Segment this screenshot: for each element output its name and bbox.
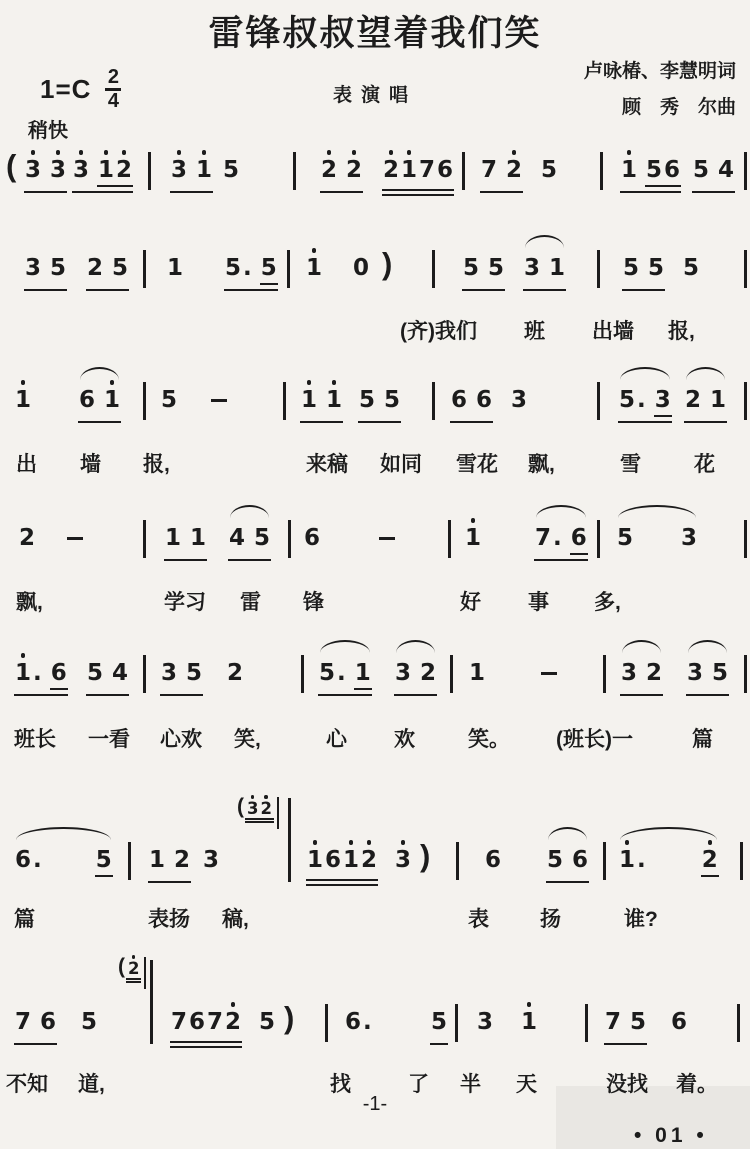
note: 4 xyxy=(111,653,129,690)
note-char: 5 xyxy=(431,1002,447,1035)
note-char: 6 xyxy=(572,840,588,873)
note-char: 6 xyxy=(345,1002,361,1035)
digit: . xyxy=(637,387,646,413)
digit: 5 xyxy=(87,660,103,686)
notes-row: 5 xyxy=(258,1002,276,1045)
note-group: 5 xyxy=(430,988,448,1045)
dash-note xyxy=(379,537,395,541)
notes-row: 7672 xyxy=(170,1002,242,1048)
octave-dot xyxy=(687,518,692,523)
octave-dot xyxy=(307,380,312,385)
octave-dot xyxy=(389,150,394,155)
slur-arc xyxy=(688,640,727,653)
barline xyxy=(293,152,296,190)
digit: 6 xyxy=(476,387,492,413)
octave-dot xyxy=(482,380,487,385)
digit: 1 xyxy=(301,387,317,413)
octave-dot xyxy=(251,795,255,799)
digit: 4 xyxy=(718,157,734,183)
notes-row: 76 xyxy=(14,1002,57,1045)
digit: 1 xyxy=(621,157,637,183)
note-char: 5 xyxy=(683,248,699,281)
octave-dot xyxy=(401,840,406,845)
barline xyxy=(456,842,459,880)
note-char: 2 xyxy=(321,150,337,183)
digit: 1 xyxy=(190,525,206,551)
notes-row: 31 xyxy=(523,248,566,291)
note: 5 xyxy=(258,1002,276,1039)
note-group: 3 xyxy=(476,988,494,1045)
note-char: 2 xyxy=(87,248,103,281)
grace-open-paren: ( xyxy=(118,955,125,979)
note-char xyxy=(67,518,83,550)
lyric-syllable: 事 xyxy=(528,586,549,616)
octave-dot xyxy=(85,380,90,385)
note-char: 5 xyxy=(259,1002,275,1035)
digit: . xyxy=(363,1009,372,1035)
notes-row: 5 xyxy=(682,248,700,291)
note-char: . xyxy=(637,840,646,873)
digit: 5 xyxy=(112,255,128,281)
corner-mark: • 01 • xyxy=(634,1124,708,1148)
digit: 6 xyxy=(79,387,95,413)
note-group: 31 xyxy=(170,136,213,193)
octave-dot xyxy=(313,840,318,845)
digit: 5 xyxy=(648,255,664,281)
octave-dot xyxy=(636,1002,641,1007)
note-char: 6 xyxy=(189,1002,205,1035)
octave-dot xyxy=(57,653,62,658)
lyric-syllable: 欢 xyxy=(394,723,415,753)
note-char: 1 xyxy=(167,248,183,281)
slur-arc xyxy=(620,827,717,840)
lyric-syllable: 篇 xyxy=(14,903,35,933)
notes-row: 6 xyxy=(670,1002,688,1045)
note-group: 6. xyxy=(344,988,373,1045)
octave-dot xyxy=(699,150,704,155)
note: 1 xyxy=(300,380,318,417)
notes-row: 5 xyxy=(430,1002,448,1045)
note-char: . xyxy=(243,248,252,281)
digit: 1 xyxy=(149,847,165,873)
digit: 5 xyxy=(623,255,639,281)
octave-dot xyxy=(494,248,499,253)
note-group: 75 xyxy=(604,988,647,1045)
note: 3 xyxy=(24,248,42,285)
note-group: 156 xyxy=(620,136,681,193)
note-group: 2 xyxy=(226,639,244,696)
note-group: 33 xyxy=(24,136,67,193)
note-char: 7 xyxy=(605,1002,621,1035)
barline xyxy=(603,842,606,880)
octave-dot xyxy=(260,518,265,523)
notes-row: 32 xyxy=(620,653,663,696)
octave-dot xyxy=(339,653,344,658)
note-group: 2 xyxy=(18,504,36,561)
octave-dot xyxy=(652,150,657,155)
digit: 3 xyxy=(511,387,527,413)
octave-dot xyxy=(195,1002,200,1007)
slur-arc xyxy=(396,640,435,653)
digit: 6 xyxy=(664,157,680,183)
digit: 5 xyxy=(693,157,709,183)
digit: 6 xyxy=(451,387,467,413)
note-char: 1 xyxy=(710,380,726,413)
note: 2 xyxy=(645,653,663,690)
digit: 3 xyxy=(171,157,187,183)
note: 5 xyxy=(647,248,665,285)
notes-row: 35 xyxy=(686,653,729,696)
note-group: 1 xyxy=(305,234,323,291)
note-group: 5 xyxy=(540,136,558,193)
octave-dot xyxy=(325,653,330,658)
digit: 3 xyxy=(655,387,671,413)
digit: 1 xyxy=(469,660,485,686)
digit: 5 xyxy=(96,847,112,873)
notes-row: 54 xyxy=(692,150,735,193)
note: 1 xyxy=(468,653,486,690)
note: 6 xyxy=(670,1002,688,1039)
digit: 6 xyxy=(51,660,67,686)
note-char-grace: 2 xyxy=(128,955,139,977)
grace-open-paren: ( xyxy=(237,795,244,819)
octave-dot xyxy=(327,150,332,155)
note-char: 5 xyxy=(254,518,270,551)
note-char: 6 xyxy=(51,653,67,686)
note-char: 3 xyxy=(477,1002,493,1035)
note: 5 xyxy=(260,248,278,285)
octave-dot xyxy=(693,653,698,658)
notes-row: 2176 xyxy=(382,150,454,196)
slur-arc xyxy=(618,505,696,518)
note: 5 xyxy=(622,248,640,285)
octave-dot xyxy=(217,380,222,385)
notes-row xyxy=(66,518,84,560)
note-char: 5 xyxy=(359,380,375,413)
note: 1. xyxy=(14,653,43,690)
digit: 7 xyxy=(481,157,497,183)
lyric-syllable: 来稿 xyxy=(306,448,348,478)
note-char: 5 xyxy=(81,1002,97,1035)
digit: 5 xyxy=(617,525,633,551)
note-char: 1 xyxy=(165,518,181,551)
notes-row: 12 xyxy=(148,840,191,883)
note: 2 xyxy=(226,653,244,690)
digit: 2 xyxy=(383,157,399,183)
digit: 5 xyxy=(619,387,635,413)
note: 5. xyxy=(618,380,647,417)
octave-dot xyxy=(365,380,370,385)
notes-row: 22 xyxy=(320,150,363,193)
note: 2 xyxy=(505,150,523,187)
digit: 6 xyxy=(345,1009,361,1035)
note: 6 xyxy=(450,380,468,417)
digit: 2 xyxy=(420,660,436,686)
digit: 2 xyxy=(321,157,337,183)
digit: 7 xyxy=(171,1009,187,1035)
digit: 4 xyxy=(112,660,128,686)
slur-arc xyxy=(686,367,725,380)
digit: 3 xyxy=(477,1009,493,1035)
note: 5 xyxy=(160,380,178,417)
note: 1 xyxy=(325,380,343,417)
note-char: 5 xyxy=(541,150,557,183)
notes-row: 45 xyxy=(228,518,271,561)
octave-dot xyxy=(390,380,395,385)
barline xyxy=(597,250,600,288)
note-group: 1 xyxy=(468,639,486,696)
barline xyxy=(448,520,451,558)
note-char: 5 xyxy=(225,248,241,281)
lyric-syllable: 谁? xyxy=(624,903,658,933)
note-char: 1 xyxy=(343,840,359,873)
note: 5 xyxy=(616,518,634,555)
note-group xyxy=(378,504,396,560)
lyric-syllable: 飘, xyxy=(528,448,555,478)
barline xyxy=(450,655,453,693)
octave-dot xyxy=(310,518,315,523)
digit: 3 xyxy=(203,847,219,873)
note-char: 2 xyxy=(506,150,522,183)
note xyxy=(66,518,84,554)
note: 3 xyxy=(170,150,188,187)
grace-row: 32 xyxy=(245,795,274,823)
digit: 5 xyxy=(683,255,699,281)
lyric-syllable: 表扬 xyxy=(148,903,190,933)
octave-dot xyxy=(724,150,729,155)
note-char: 1 xyxy=(465,518,481,551)
digit: 6 xyxy=(40,1009,56,1035)
note: 5 xyxy=(111,248,129,285)
octave-dot xyxy=(173,248,178,253)
note: 5 xyxy=(711,653,729,690)
digit: 1 xyxy=(306,255,322,281)
note-char: 7 xyxy=(481,150,497,183)
note: 1 xyxy=(305,248,323,285)
octave-dot xyxy=(718,653,723,658)
note-group: 55 xyxy=(462,234,505,291)
notes-row xyxy=(378,518,396,560)
note-group: 1 xyxy=(464,504,482,561)
note-char: 3 xyxy=(395,653,411,686)
note-group: 1612 xyxy=(306,826,378,886)
lyric-syllable: 雪 xyxy=(620,448,641,478)
octave-dot xyxy=(555,518,560,523)
notes-row: 3 xyxy=(476,1002,494,1045)
octave-dot xyxy=(352,150,357,155)
note: 2 xyxy=(701,840,719,877)
octave-dot xyxy=(56,248,61,253)
barline xyxy=(597,382,600,420)
note-char: 3 xyxy=(171,150,187,183)
note: 5 xyxy=(540,150,558,187)
digit: 1 xyxy=(165,525,181,551)
page-number: -1- xyxy=(0,1093,750,1116)
note: 2 xyxy=(173,840,191,877)
note-group: 12 xyxy=(148,826,191,883)
octave-dot xyxy=(155,840,160,845)
barline xyxy=(600,152,603,190)
note-group: 66 xyxy=(450,366,493,423)
lyricist-credit: 卢咏椿、李慧明词 xyxy=(584,54,736,90)
lyric-syllable: 扬 xyxy=(540,903,561,933)
note-char: 4 xyxy=(718,150,734,183)
note-char-grace: 2 xyxy=(260,795,271,817)
octave-dot xyxy=(654,248,659,253)
notes-row: 5 xyxy=(160,380,178,423)
notes-row: 312 xyxy=(72,150,133,193)
note: 5 xyxy=(86,653,104,690)
note: 12 xyxy=(97,150,133,187)
note: 5 xyxy=(487,248,505,285)
digit: 3 xyxy=(687,660,703,686)
notes-row: 1 xyxy=(464,518,482,561)
slur-arc xyxy=(536,505,586,518)
octave-dot xyxy=(332,380,337,385)
digit: 2 xyxy=(361,847,377,873)
note-char: 1 xyxy=(190,518,206,551)
note-group xyxy=(210,366,228,422)
note-group: 53 xyxy=(616,504,698,561)
octave-dot xyxy=(401,653,406,658)
note-char: 5 xyxy=(161,380,177,413)
note: 1 xyxy=(14,380,32,417)
lyric-syllable: 出 xyxy=(16,448,37,478)
note-group: 11 xyxy=(300,366,343,423)
barline xyxy=(143,520,146,558)
lyric-syllable: 出墙 xyxy=(592,315,634,345)
digit: 1 xyxy=(167,255,183,281)
lyric-syllable: 篇 xyxy=(692,723,713,753)
note: 5 xyxy=(692,150,710,187)
note-char: 3 xyxy=(25,248,41,281)
dash-note xyxy=(541,672,557,676)
lyric-syllable: 笑, xyxy=(234,723,261,753)
digit: 2 xyxy=(128,960,139,977)
octave-dot xyxy=(689,248,694,253)
note: 7 xyxy=(604,1002,622,1039)
note-char: 5 xyxy=(693,150,709,183)
note-char: 5 xyxy=(646,150,662,183)
note-char: 2 xyxy=(361,840,377,873)
octave-dot xyxy=(491,840,496,845)
note: 5 xyxy=(629,1002,647,1039)
note: 5 xyxy=(546,840,564,877)
octave-dot xyxy=(46,1002,51,1007)
barline xyxy=(288,520,291,558)
notes-row: 156 xyxy=(620,150,681,193)
note-char: 3 xyxy=(681,518,697,551)
lyric-syllable: 好 xyxy=(460,586,481,616)
note-char: 5 xyxy=(619,380,635,413)
note-group: 312 xyxy=(72,136,133,193)
digit: 2 xyxy=(646,660,662,686)
note-char: 1 xyxy=(301,380,317,413)
octave-dot xyxy=(361,653,366,658)
note-char: 1 xyxy=(149,840,165,873)
octave-dot xyxy=(209,840,214,845)
note-group: 5 xyxy=(222,136,240,193)
digit: 2 xyxy=(225,1009,241,1035)
note-group: 3 xyxy=(510,366,528,423)
slur-arc xyxy=(230,505,269,518)
note-group: 6 xyxy=(484,826,502,883)
octave-dot xyxy=(56,150,61,155)
notes-row: 5 xyxy=(80,1002,98,1045)
note-char: 3 xyxy=(73,150,89,183)
digit: 2 xyxy=(174,847,190,873)
barline xyxy=(597,520,600,558)
note-char: 1 xyxy=(469,653,485,686)
note: 1. xyxy=(618,840,647,877)
note: 1 xyxy=(195,150,213,187)
note-char: 5 xyxy=(648,248,664,281)
note-char: 6 xyxy=(671,1002,687,1035)
lyric-syllable: 雪花 xyxy=(456,448,498,478)
note: 2 xyxy=(419,653,437,690)
note: 3 xyxy=(202,840,220,877)
octave-dot xyxy=(132,955,136,959)
note: 5 xyxy=(95,840,113,877)
notes-row: 5.3 xyxy=(618,380,672,423)
barline xyxy=(585,1004,588,1042)
note-group: 25 xyxy=(86,234,129,291)
note: 3 xyxy=(49,150,67,187)
octave-dot xyxy=(229,150,234,155)
lyric-syllable: 学习 xyxy=(164,586,206,616)
slur-arc xyxy=(548,827,587,840)
digit: 5 xyxy=(541,157,557,183)
notes-row: 55 xyxy=(622,248,665,291)
note-char: 5 xyxy=(87,653,103,686)
octave-dot xyxy=(102,840,107,845)
digit: 2 xyxy=(506,157,522,183)
octave-dot xyxy=(267,248,272,253)
octave-dot xyxy=(177,1002,182,1007)
note: 1 xyxy=(148,840,166,877)
note-char: 1 xyxy=(104,380,120,413)
note-char: 6 xyxy=(451,380,467,413)
octave-dot xyxy=(547,653,552,658)
note: 3 xyxy=(686,653,704,690)
digit: 3 xyxy=(621,660,637,686)
note-char: 2 xyxy=(19,518,35,551)
notes-row: 5 xyxy=(222,150,240,193)
octave-dot xyxy=(359,248,364,253)
note-char: 2 xyxy=(174,840,190,873)
note: 5 xyxy=(383,380,401,417)
note-char: 1 xyxy=(15,380,31,413)
octave-dot xyxy=(180,840,185,845)
note-char: 2 xyxy=(227,653,243,686)
note-char: 3 xyxy=(655,380,671,413)
note: 2176 xyxy=(382,150,454,187)
note-group: 35 xyxy=(24,234,67,291)
note-char: 3 xyxy=(621,653,637,686)
slur-arc xyxy=(16,827,111,840)
notes-row: 1612 xyxy=(306,840,378,886)
note-group: 76 xyxy=(14,988,57,1045)
note: 1 xyxy=(189,518,207,555)
lyric-syllable: 花 xyxy=(694,448,715,478)
octave-dot xyxy=(625,380,630,385)
note: 3 xyxy=(620,653,638,690)
octave-dot xyxy=(245,248,250,253)
octave-dot xyxy=(351,1002,356,1007)
notes-row: 6. xyxy=(344,1002,373,1045)
notes-row: 1.2 xyxy=(618,840,719,883)
digit: 2 xyxy=(87,255,103,281)
